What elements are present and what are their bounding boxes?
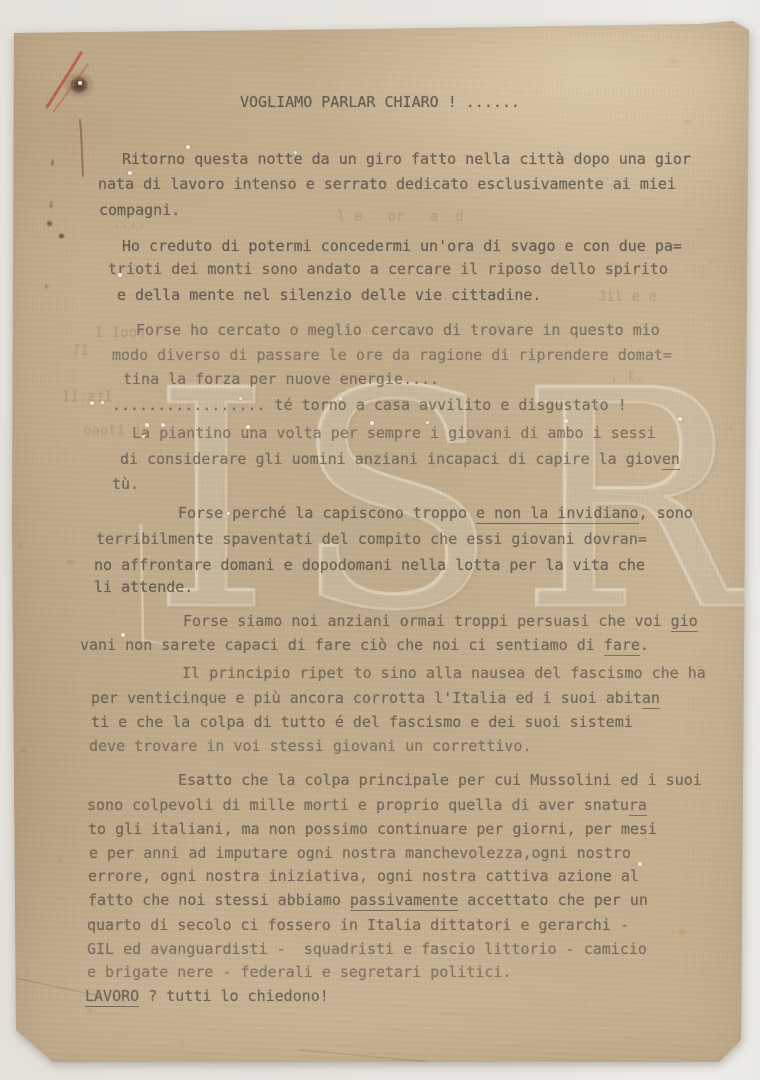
typewritten-line: quarto di secolo ci fossero in Italia di…: [87, 916, 629, 935]
typewritten-line: Ho creduto di potermi concedermi un'ora …: [122, 237, 682, 256]
typewritten-line: to gli italiani, ma non possimo continua…: [88, 820, 657, 839]
typewritten-line: Forse perché la capiscono troppo e non l…: [178, 504, 693, 523]
typewritten-line: LAVORO ? tutti lo chiedono!: [85, 987, 329, 1006]
typewritten-text: VOGLIAMO PARLAR CHIARO ! ......Ritorno q…: [0, 0, 760, 1080]
typewritten-line: vani non sarete capaci di fare ciò che n…: [80, 636, 649, 655]
typewritten-line: trioti dei monti sono andato a cercare i…: [108, 260, 668, 279]
typewritten-line: compagni.: [99, 201, 180, 220]
typewritten-line: di considerare gli uomini anziani incapa…: [120, 450, 680, 469]
typewritten-line: Ritorno questa notte da un giro fatto ne…: [122, 150, 691, 169]
typewritten-line: deve trovare in voi stessi giovani un co…: [89, 737, 532, 756]
typewritten-line: sono colpevoli di mille morti e proprio …: [87, 796, 647, 815]
typewritten-line: e brigate nere - federali e segretari po…: [87, 963, 511, 982]
typewritten-line: terribilmente spaventati del compito che…: [96, 530, 647, 549]
scanned-document: ISR VOGLIAMO PARLAR CHIARO ! ......Ritor…: [0, 0, 760, 1080]
typewritten-line: tina la forza per nuove energie....: [123, 370, 439, 389]
typewritten-line: Esatto che la colpa principale per cui M…: [178, 771, 702, 790]
typewritten-line: no affrontare domani e dopodomani nella …: [94, 556, 645, 575]
stain-spot: [6, 146, 12, 158]
typewritten-line: e della mente nel silenzio delle vie cit…: [117, 286, 541, 305]
paper-shadow-wrap: ISR VOGLIAMO PARLAR CHIARO ! ......Ritor…: [0, 0, 760, 1080]
typewritten-line: ti e che la colpa di tutto é del fascism…: [91, 713, 633, 732]
typewritten-line: nata di lavoro intenso e serrato dedicat…: [98, 175, 676, 194]
typewritten-line: modo diverso di passare le ore da ragion…: [112, 346, 672, 365]
typewritten-line: errore, ogni nostra iniziativa, ogni nos…: [88, 867, 639, 886]
typewritten-line: per venticinque e più ancora corrotta l'…: [91, 689, 660, 708]
typewritten-line: fatto che noi stessi abbiamo passivament…: [88, 891, 648, 910]
typewritten-line: tù.: [112, 475, 139, 494]
typewritten-line: GIL ed avanguardisti - squadristi e fasc…: [87, 940, 647, 959]
typewritten-line: Forse siamo noi anziani ormai troppi per…: [183, 612, 698, 631]
typewritten-line: ................. té torno a casa avvili…: [112, 396, 627, 415]
document-title: VOGLIAMO PARLAR CHIARO ! ......: [240, 93, 520, 112]
typewritten-line: li attende.: [94, 578, 193, 597]
typewritten-line: Il principio ripet to sino alla nausea d…: [182, 664, 706, 683]
document-page: ISR VOGLIAMO PARLAR CHIARO ! ......Ritor…: [0, 0, 760, 1080]
typewritten-line: e per anni ad imputare ogni nostra manch…: [89, 844, 631, 863]
typewritten-line: La piantino una volta per sempre i giova…: [132, 424, 656, 443]
typewritten-line: Forse ho cercato o meglio cercavo di tro…: [136, 321, 660, 340]
